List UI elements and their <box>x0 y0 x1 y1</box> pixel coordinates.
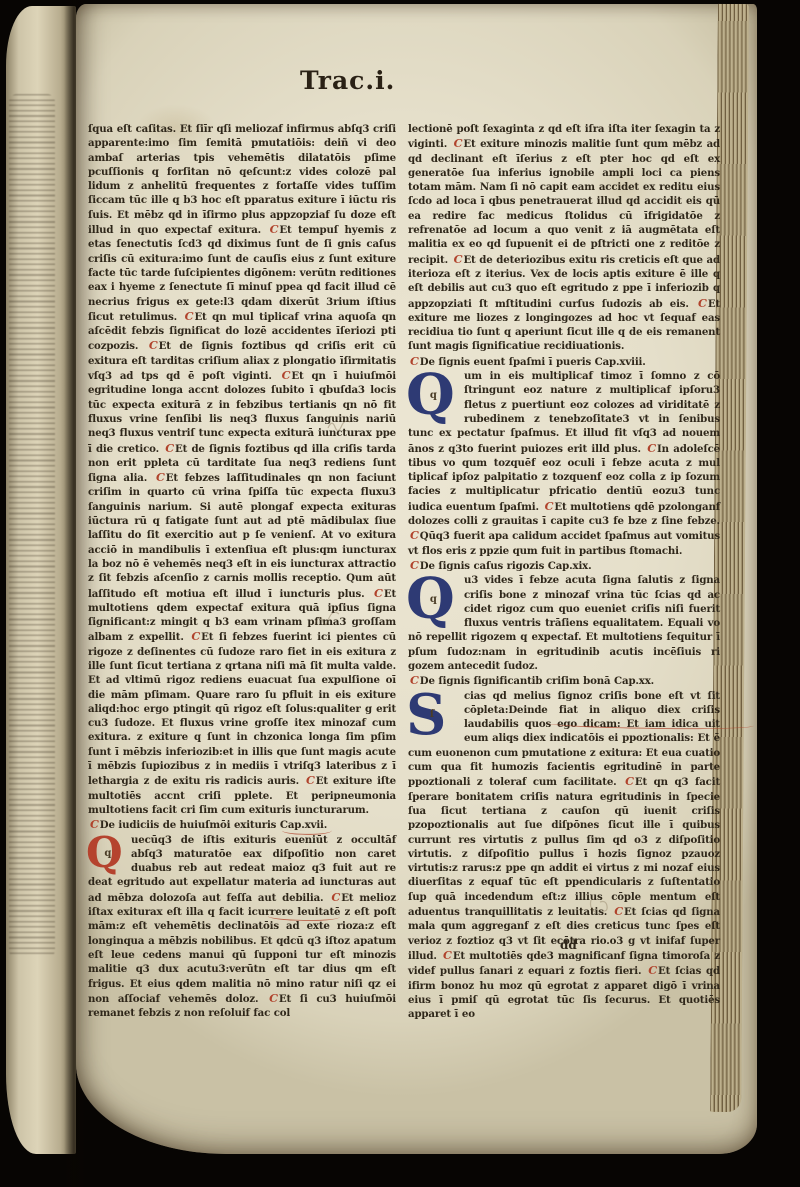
paragraph-block: CDe iudiciis de huiuſmōi exituris Cap.xv… <box>88 817 396 832</box>
drop-cap-initial: Qq <box>406 370 458 424</box>
paragraph-block: CDe ſignis ſignificantib criſim bonā Cap… <box>408 673 720 688</box>
rubric-pilcrow: C <box>329 890 341 904</box>
drop-cap-initial: Qq <box>406 574 458 628</box>
paragraph-with-initial: Qqu3 vides ī febze acuta ſigna ſalutis z… <box>408 573 720 673</box>
guide-letter: q <box>430 391 437 401</box>
marginalia-squiggle <box>588 896 616 916</box>
rubric-pilcrow: C <box>696 296 708 310</box>
rubric-pilcrow: C <box>372 586 384 600</box>
paragraph-block: lectionē poſt ſexaginta z qd eſt iſra iſ… <box>408 122 720 354</box>
book-page: Trac.i. ſqua eſt caſitas. Et ſiīr qſi me… <box>76 4 757 1154</box>
guide-letter: q <box>430 595 437 605</box>
rubric-pilcrow: C <box>154 470 166 484</box>
drop-cap-initial: Sſ <box>406 690 458 744</box>
guide-letter: q <box>104 849 111 859</box>
marginalia-squiggle <box>326 416 352 434</box>
rubric-pilcrow: C <box>452 252 464 266</box>
text-column-right: lectionē poſt ſexaginta z qd eſt iſra iſ… <box>408 122 720 1021</box>
paragraph-block: CDe ſignis caſus rigozis Cap.xix. <box>408 558 720 573</box>
paragraph-with-initial: Sſcias qd melius ſignoz criſis bone eſt … <box>408 689 720 1022</box>
rubric-pilcrow: C <box>280 368 292 382</box>
paragraph-with-initial: Qqum in eis multiplicaf timoz ī ſomno z … <box>408 369 720 558</box>
rubric-pilcrow: C <box>147 338 159 352</box>
marginalia-squiggle <box>312 608 342 630</box>
rubric-pilcrow: C <box>543 499 555 513</box>
rubric-pilcrow: C <box>441 948 453 962</box>
rubric-pilcrow: C <box>408 528 420 542</box>
paragraph-block: CDe ſignis euent ſpaſmi ī pueris Cap.xvi… <box>408 354 720 369</box>
paragraph-with-initial: Qquecūq3 de iſtis exituris eueniūt z occ… <box>88 833 396 1021</box>
rubric-pilcrow: C <box>189 629 201 643</box>
drop-cap-initial: Qq <box>86 834 126 874</box>
text-column-left: ſqua eſt caſitas. Et ſiīr qſi meliozaf i… <box>88 122 396 1020</box>
rubric-pilcrow: C <box>304 773 316 787</box>
rubric-pilcrow: C <box>623 774 635 788</box>
rubric-pilcrow: C <box>163 441 175 455</box>
rubric-pilcrow: C <box>645 441 657 455</box>
guide-letter: ſ <box>430 710 434 720</box>
rubric-pilcrow: C <box>268 222 280 236</box>
paragraph-block: ſqua eſt caſitas. Et ſiīr qſi meliozaf i… <box>88 122 396 817</box>
facing-page-text-lines <box>9 94 55 958</box>
running-title: Trac.i. <box>300 66 395 95</box>
rubric-pilcrow: C <box>183 309 195 323</box>
rubric-pilcrow: C <box>452 136 464 150</box>
book-photograph: Trac.i. ſqua eſt caſitas. Et ſiīr qſi me… <box>0 0 800 1187</box>
rubric-pilcrow: C <box>646 963 658 977</box>
quire-signature-mark: dd <box>560 938 577 952</box>
rubric-pilcrow: C <box>267 991 279 1005</box>
